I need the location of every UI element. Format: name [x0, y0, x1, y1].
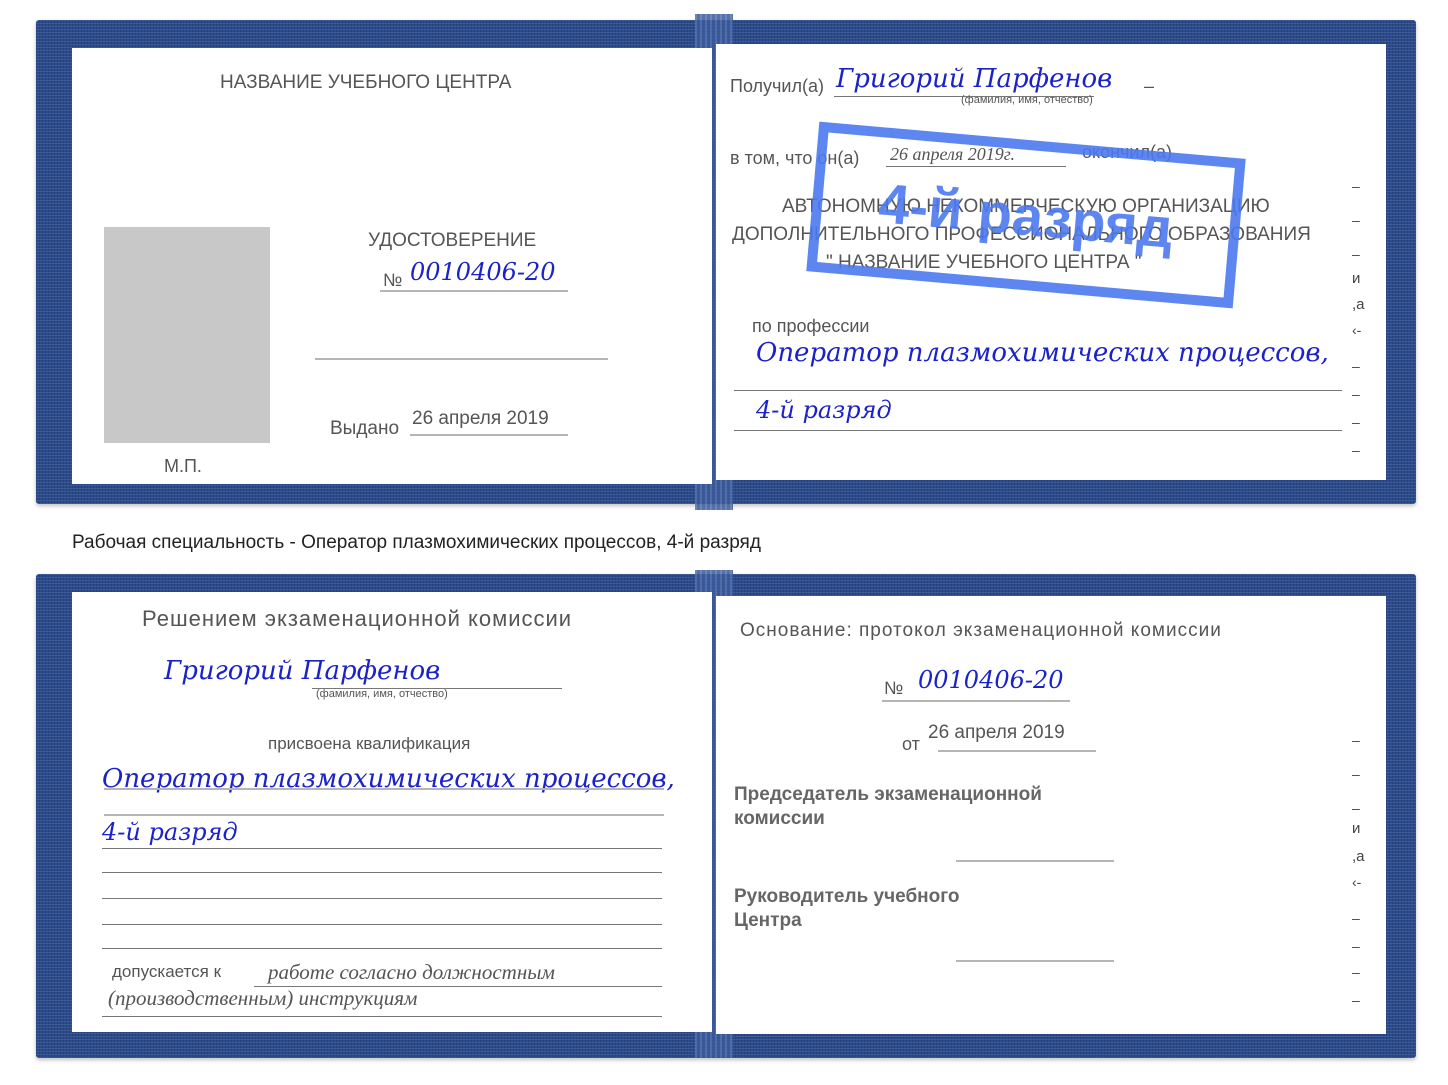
bottom-right-page: Основание: протокол экзаменационной коми…: [716, 596, 1386, 1034]
profession-underline-1: [734, 390, 1342, 391]
chair-label-2: комиссии: [734, 808, 825, 830]
profession-label: по профессии: [752, 316, 869, 337]
head-signature-line: [956, 960, 1114, 962]
doc-title: УДОСТОВЕРЕНИЕ: [368, 230, 536, 252]
blank-line-2: [102, 872, 662, 873]
qualification-underline-2: [104, 814, 664, 816]
number-underline: [380, 290, 568, 292]
blank-line-3: [102, 898, 662, 899]
head-label-1: Руководитель учебного: [734, 886, 960, 908]
top-right-page: Получил(а) Григорий Парфенов – (фамилия,…: [716, 44, 1386, 480]
admitted-label: допускается к: [112, 962, 221, 982]
admitted-line-2: (производственным) инструкциям: [108, 986, 417, 1011]
commission-heading: Решением экзаменационной комиссии: [142, 606, 572, 632]
number-label: №: [383, 270, 402, 291]
profession-underline-2: [734, 430, 1342, 431]
qualification-underline-1: [104, 788, 664, 790]
top-left-page: НАЗВАНИЕ УЧЕБНОГО ЦЕНТРА М.П. УДОСТОВЕРЕ…: [72, 48, 712, 484]
protocol-date: 26 апреля 2019: [928, 722, 1065, 744]
stamp-place-label: М.П.: [164, 456, 202, 477]
certificate-number: 0010406-20: [410, 258, 556, 286]
blank-line-1: [102, 848, 662, 849]
issued-label: Выдано: [330, 418, 399, 440]
from-label: от: [902, 734, 920, 755]
basis-label: Основание: протокол экзаменационной коми…: [740, 620, 1222, 642]
chair-signature-line: [956, 860, 1114, 862]
head-label-2: Центра: [734, 910, 802, 932]
profession-line-1: Оператор плазмохимических процессов,: [756, 338, 1329, 368]
issued-underline: [410, 434, 568, 436]
bottom-left-page: Решением экзаменационной комиссии Григор…: [72, 592, 712, 1032]
holder-name: Григорий Парфенов: [164, 656, 440, 686]
recipient-name: Григорий Парфенов: [836, 64, 1112, 94]
issued-date: 26 апреля 2019: [412, 408, 549, 430]
qualification-line-2: 4-й разряд: [102, 818, 238, 846]
fio-hint: (фамилия, имя, отчество): [961, 94, 1093, 106]
protocol-number-label: №: [884, 678, 903, 699]
protocol-number-underline: [882, 700, 1070, 702]
dash-mark: –: [1144, 76, 1154, 97]
received-label: Получил(а): [730, 76, 824, 97]
profession-line-2: 4-й разряд: [756, 396, 892, 424]
photo-placeholder: [104, 227, 270, 443]
blank-line-5: [102, 948, 662, 949]
signature-line: [315, 358, 608, 360]
protocol-number: 0010406-20: [918, 666, 1064, 694]
stamp-text: 4-й разряд: [876, 170, 1176, 260]
chair-label-1: Председатель экзаменационной: [734, 784, 1042, 806]
blank-line-4: [102, 924, 662, 925]
protocol-date-underline: [938, 750, 1096, 752]
qualification-stamp: 4-й разряд: [806, 122, 1245, 309]
fio-hint: (фамилия, имя, отчество): [316, 688, 448, 700]
admitted-underline-2: [102, 1016, 662, 1017]
admitted-line-1: работе согласно должностным: [268, 960, 555, 985]
qualification-label: присвоена квалификация: [268, 734, 470, 754]
org-name: НАЗВАНИЕ УЧЕБНОГО ЦЕНТРА: [220, 72, 512, 94]
caption: Рабочая специальность - Оператор плазмох…: [72, 532, 761, 554]
